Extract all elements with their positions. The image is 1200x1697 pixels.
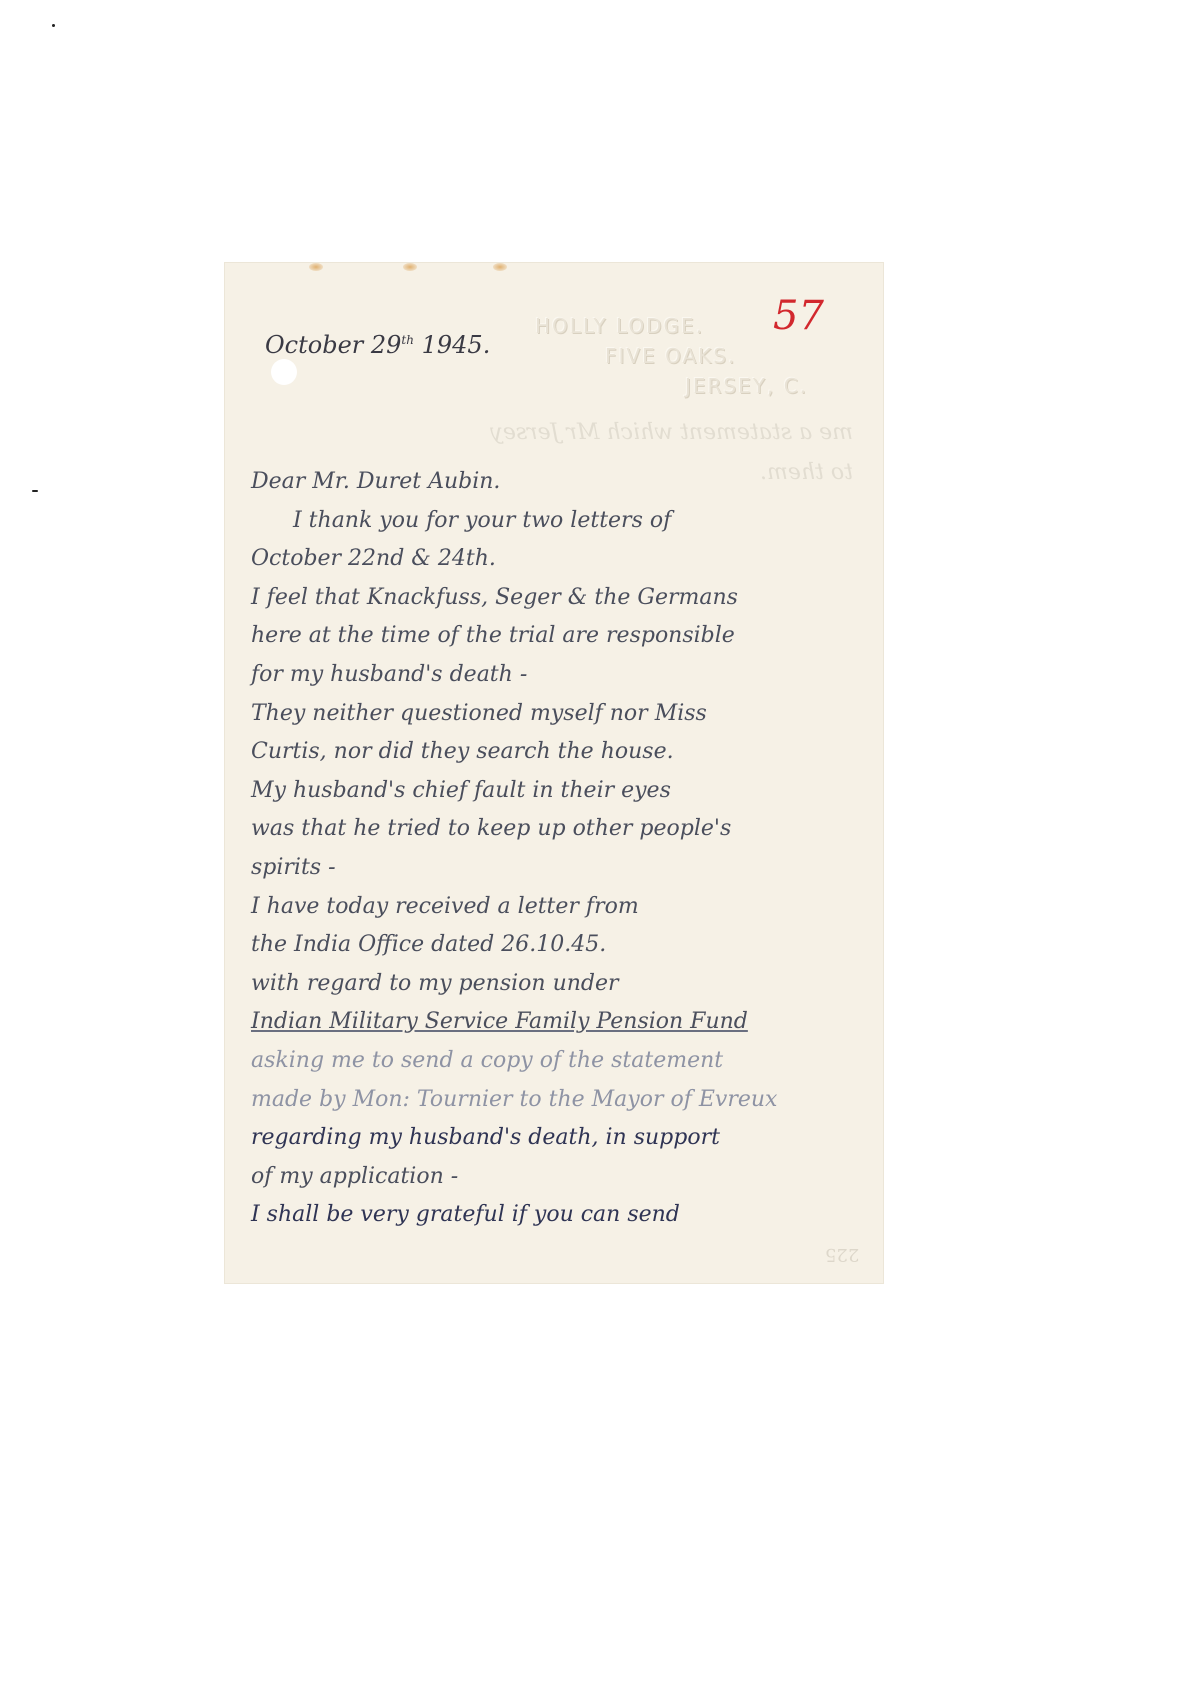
date-suffix: th — [401, 333, 414, 347]
foxing-stain — [493, 263, 507, 271]
punch-hole — [271, 359, 297, 385]
foxing-stain — [403, 263, 417, 271]
date-year: 1945. — [422, 331, 491, 359]
bleed-through-page-number: 225 — [825, 1244, 859, 1265]
body-line: here at the time of the trial are respon… — [251, 617, 871, 656]
body-line: of my application - — [251, 1158, 871, 1197]
body-line-underlined: Indian Military Service Family Pension F… — [251, 1003, 871, 1042]
body-line: for my husband's death - — [251, 656, 871, 695]
body-line: regarding my husband's death, in support — [251, 1119, 871, 1158]
body-line: October 22nd & 24th. — [251, 540, 871, 579]
embossed-letterhead: Holly Lodge. Five Oaks. Jersey, C. — [535, 311, 808, 401]
body-line: the India Office dated 26.10.45. — [251, 926, 871, 965]
letterhead-line-1: Holly Lodge. — [535, 311, 808, 341]
body-line: Curtis, nor did they search the house. — [251, 733, 871, 772]
body-line: spirits - — [251, 849, 871, 888]
letterhead-line-2: Five Oaks. — [535, 341, 808, 371]
foxing-stain — [309, 263, 323, 271]
body-line: They neither questioned myself nor Miss — [251, 695, 871, 734]
body-line: made by Mon: Tournier to the Mayor of Ev… — [251, 1081, 871, 1120]
date-text: October 29 — [265, 331, 401, 359]
letter-body: Dear Mr. Duret Aubin. I thank you for yo… — [251, 463, 871, 1235]
body-line: I thank you for your two letters of — [251, 502, 871, 541]
letterhead-line-3: Jersey, C. — [535, 371, 808, 401]
letter-sheet: Holly Lodge. Five Oaks. Jersey, C. 57 Oc… — [225, 263, 883, 1283]
body-line: was that he tried to keep up other peopl… — [251, 810, 871, 849]
body-line: I shall be very grateful if you can send — [251, 1196, 871, 1235]
body-line: asking me to send a copy of the statemen… — [251, 1042, 871, 1081]
folio-number: 57 — [773, 293, 824, 339]
scan-speck — [52, 24, 55, 27]
body-line: I have today received a letter from — [251, 888, 871, 927]
letter-date: October 29th 1945. — [265, 331, 490, 359]
body-line: with regard to my pension under — [251, 965, 871, 1004]
body-line: I feel that Knackfuss, Seger & the Germa… — [251, 579, 871, 618]
salutation: Dear Mr. Duret Aubin. — [251, 463, 871, 502]
scan-speck — [32, 490, 38, 492]
body-line: My husband's chief fault in their eyes — [251, 772, 871, 811]
